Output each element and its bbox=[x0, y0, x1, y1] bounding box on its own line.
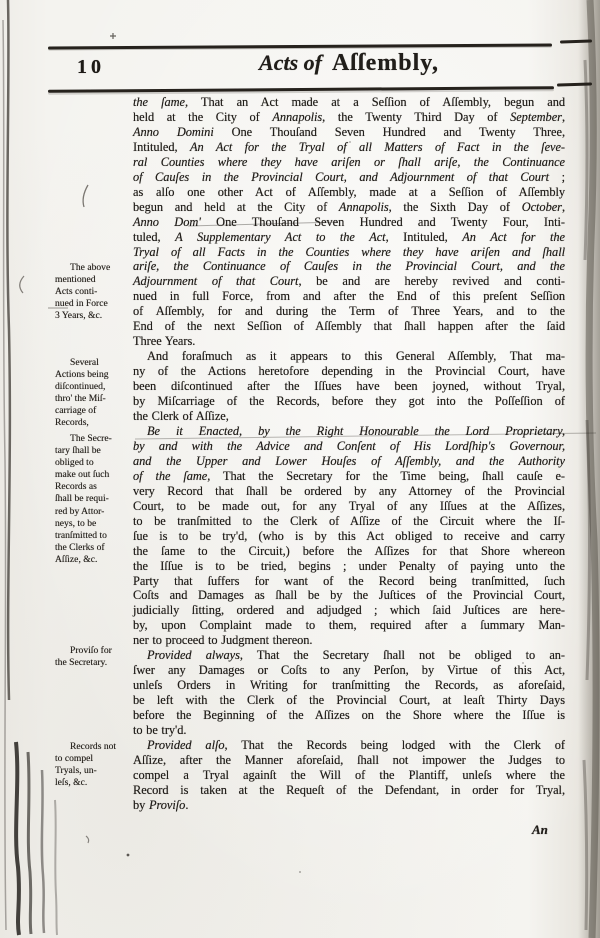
body-line: been diſcontinued after the Iſſues have … bbox=[133, 379, 565, 394]
body-line: nued in full Force, from and after the E… bbox=[133, 289, 565, 304]
body-line: Provided always, That the Secretary ſhal… bbox=[133, 648, 565, 663]
body-line: the ſame, That an Act made at a Seſſion … bbox=[133, 95, 565, 110]
body-line: ſue is to be try'd, (who is by this Act … bbox=[133, 529, 565, 544]
body-line: by, upon Complaint made to them, require… bbox=[133, 618, 565, 633]
margin-note: The Secre-tary ſhall beobliged tomake ou… bbox=[55, 433, 133, 566]
body-line: And foraſmuch as it appears to this Gene… bbox=[133, 349, 565, 364]
body-line: of Cauſes in the Provincial Court, and A… bbox=[133, 170, 565, 185]
running-head-italic: Acts of bbox=[259, 50, 322, 75]
body-line: Party that ſuffers for want of the Recor… bbox=[133, 574, 565, 589]
page-edge-band bbox=[578, 0, 600, 938]
body-line: End of the next Seſſion of Aſſembly that… bbox=[133, 319, 565, 334]
body-line: by Miſcarriage of the Records, before th… bbox=[133, 394, 565, 409]
body-line: Provided alſo, That the Records being lo… bbox=[133, 738, 565, 753]
body-line: of the ſame, That the Secretary for the … bbox=[133, 469, 565, 484]
book-page: 10 Acts ofAſſembly, The abovementionedAc… bbox=[0, 0, 600, 938]
header-rule-top-dash bbox=[560, 39, 592, 43]
margin-note: Proviſo forthe Secretary. bbox=[55, 645, 133, 669]
body-line: and the Upper and Lower Houſes of Aſſemb… bbox=[133, 454, 565, 469]
catchword: An bbox=[532, 822, 548, 838]
body-line: by and with the Advice and Conſent of Hi… bbox=[133, 439, 565, 454]
body-line: held at the City of Annapolis, the Twent… bbox=[133, 110, 565, 125]
body-line: Aſſize, after the Manner aforeſaid, ſhal… bbox=[133, 753, 565, 768]
body-line: very Record that ſhall be ordered by any… bbox=[133, 484, 565, 499]
body-line: Tryal of all Facts in the Counties where… bbox=[133, 245, 565, 260]
body-line: ny of the Actions heretofore depending i… bbox=[133, 364, 565, 379]
body-line: Coſts and Damages as ſhall be by the Juſ… bbox=[133, 588, 565, 603]
body-line: to be tranſmitted to the Clerk of Aſſize… bbox=[133, 514, 565, 529]
body-line: Three Years. bbox=[133, 334, 565, 349]
body-line: Court, to be made out, for any Tryal of … bbox=[133, 499, 565, 514]
margin-note: Records notto compelTryals, un-leſs, &c. bbox=[55, 741, 133, 789]
body-line: Anno Dom' One Thouſand Seven Hundred and… bbox=[133, 215, 565, 230]
running-head-roman: Aſſembly, bbox=[332, 50, 439, 76]
body-line: of Aſſembly, for and during the Term of … bbox=[133, 304, 565, 319]
body-line: begun and held at the City of Annapolis,… bbox=[133, 200, 565, 215]
body-line: ariſe, the Continuance of Cauſes in the … bbox=[133, 259, 565, 274]
body-line: the Iſſue is to be tried, begins ; under… bbox=[133, 559, 565, 574]
body-line: Anno Domini One Thouſand Seven Hundred a… bbox=[133, 125, 565, 140]
body-line: by Proviſo. bbox=[133, 798, 565, 813]
body-line: judicially ſitting, ordered and adjudged… bbox=[133, 603, 565, 618]
header-rule-bottom-dash bbox=[557, 82, 592, 86]
body-line: Adjournment of that Court, be and are he… bbox=[133, 274, 565, 289]
running-head: Acts ofAſſembly, bbox=[133, 50, 565, 77]
body-line: as alſo one other Act of Aſſembly, made … bbox=[133, 185, 565, 200]
body-line: Intituled, An Act for the Tryal of all M… bbox=[133, 140, 565, 155]
body-line: to be try'd. bbox=[133, 723, 565, 738]
margin-note: SeveralActions beingdiſcontinued,thro' t… bbox=[55, 357, 133, 430]
act-text-block: the ſame, That an Act made at a Seſſion … bbox=[133, 95, 565, 813]
body-line: before the Beginning of the Aſſizes on t… bbox=[133, 708, 565, 723]
body-line: ral Counties where they have ariſen or ſ… bbox=[133, 155, 565, 170]
margin-notes-column: The abovementionedActs conti-nued in For… bbox=[0, 0, 132, 938]
body-line: tuled, A Supplementary Act to the Act, I… bbox=[133, 230, 565, 245]
body-line: ſwer any Damages or Coſts to any Perſon,… bbox=[133, 663, 565, 678]
margin-note: The abovementionedActs conti-nued in For… bbox=[55, 262, 133, 322]
body-line: unleſs Orders in Writing for tranſmittin… bbox=[133, 678, 565, 693]
body-line: Record is taken at the Requeſt of the De… bbox=[133, 783, 565, 798]
body-line: be left with the Clerk of the Provincial… bbox=[133, 693, 565, 708]
body-line: Be it Enacted, by the Right Honourable t… bbox=[133, 424, 565, 439]
body-line: the Clerk of Aſſize, bbox=[133, 409, 565, 424]
body-line: ner to proceed to Judgment thereon. bbox=[133, 633, 565, 648]
body-line: the ſame to the Circuit,) before the Aſſ… bbox=[133, 544, 565, 559]
body-line: compel a Tryal againſt the Will of the P… bbox=[133, 768, 565, 783]
